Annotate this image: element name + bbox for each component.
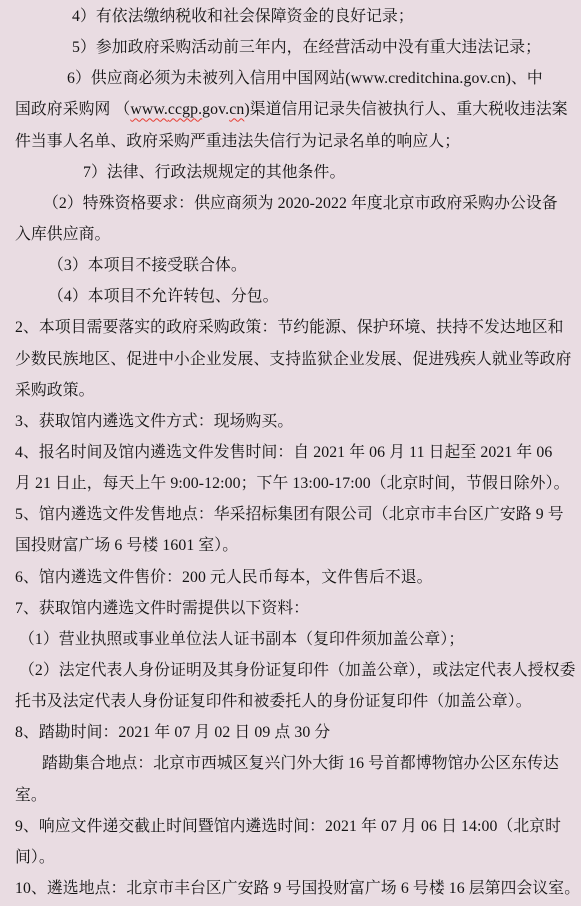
text-run: )渠道信用记录失信被执行人、重大税收违法案 (244, 101, 567, 118)
spellcheck-flagged-text: www. (130, 101, 168, 118)
text-run: 国投财富广场 6 号楼 1601 室）。 (15, 537, 238, 554)
doc-line: 10、遴选地点：北京市丰台区广安路 9 号国投财富广场 6 号楼 16 层第四会… (15, 873, 571, 904)
text-run: 月 21 日止，每天上午 9:00-12:00；下午 13:00-17:00（北… (15, 475, 569, 492)
doc-line: （2）特殊资格要求：供应商须为 2020-2022 年度北京市政府采购办公设备 (15, 188, 571, 219)
doc-line: 国投财富广场 6 号楼 1601 室）。 (15, 530, 571, 561)
doc-line: 7、获取馆内遴选文件时需提供以下资料： (15, 593, 571, 624)
doc-line: 月 21 日止，每天上午 9:00-12:00；下午 13:00-17:00（北… (15, 468, 571, 499)
spellcheck-flagged-text: cn (229, 101, 244, 118)
text-run: （1）营业执照或事业单位法人证书副本（复印件须加盖公章）； (19, 631, 464, 648)
text-run: （4）本项目不允许转包、分包。 (48, 288, 279, 305)
doc-line: 3、获取馆内遴选文件方式：现场购买。 (15, 406, 571, 437)
doc-line: 6、馆内遴选文件售价：200 元人民币每本，文件售后不退。 (15, 562, 571, 593)
text-run: gov. (202, 101, 229, 118)
text-run: 2、本项目需要落实的政府采购政策：节约能源、保护环境、扶持不发达地区和 (15, 319, 564, 336)
text-run: （2）法定代表人身份证明及其身份证复印件（加盖公章），或法定代表人授权委 (19, 662, 576, 679)
text-run: 9、响应文件递交截止时间暨馆内遴选时间：2021 年 07 月 06 日 14:… (15, 818, 561, 835)
doc-line: 8、踏勘时间：2021 年 07 月 02 日 09 点 30 分 (15, 717, 571, 748)
doc-line: （1）营业执照或事业单位法人证书副本（复印件须加盖公章）； (15, 624, 571, 655)
doc-line: （4）本项目不允许转包、分包。 (15, 281, 571, 312)
doc-line: 2、本项目需要落实的政府采购政策：节约能源、保护环境、扶持不发达地区和 (15, 312, 571, 343)
text-run: （3）本项目不接受联合体。 (48, 257, 247, 274)
document-body: 4）有依法缴纳税收和社会保障资金的良好记录；5）参加政府采购活动前三年内，在经营… (15, 1, 571, 904)
text-run: 4、报名时间及馆内遴选文件发售时间：自 2021 年 06 月 11 日起至 2… (15, 444, 552, 461)
text-run: 7）法律、行政法规规定的其他条件。 (83, 164, 345, 181)
doc-line: 入库供应商。 (15, 219, 571, 250)
document-page: 4）有依法缴纳税收和社会保障资金的良好记录；5）参加政府采购活动前三年内，在经营… (0, 0, 581, 906)
text-run: 7、获取馆内遴选文件时需提供以下资料： (15, 600, 309, 617)
doc-line: 5）参加政府采购活动前三年内，在经营活动中没有重大违法记录； (15, 32, 571, 63)
text-run: （2）特殊资格要求：供应商须为 2020-2022 年度北京市政府采购办公设备 (43, 195, 558, 212)
text-run: 采购政策。 (15, 382, 95, 399)
doc-line: 室。 (15, 780, 571, 811)
doc-line: 7）法律、行政法规规定的其他条件。 (15, 157, 571, 188)
doc-line: 国政府采购网 （www.ccgp.gov.cn)渠道信用记录失信被执行人、重大税… (15, 94, 571, 125)
text-run: 少数民族地区、促进中小企业发展、支持监狱企业发展、促进残疾人就业等政府 (15, 351, 571, 368)
text-run: 国政府采购网 （ (15, 101, 130, 118)
text-run: 3、获取馆内遴选文件方式：现场购买。 (15, 413, 293, 430)
text-run: 入库供应商。 (15, 226, 110, 243)
text-run: 8、踏勘时间：2021 年 07 月 02 日 09 点 30 分 (15, 724, 330, 741)
text-run: 6）供应商必须为未被列入信用中国网站(www.creditchina.gov.c… (67, 70, 543, 87)
doc-line: 少数民族地区、促进中小企业发展、支持监狱企业发展、促进残疾人就业等政府 (15, 344, 571, 375)
doc-line: （2）法定代表人身份证明及其身份证复印件（加盖公章），或法定代表人授权委 (15, 655, 571, 686)
doc-line: 5、馆内遴选文件发售地点：华采招标集团有限公司（北京市丰台区广安路 9 号 (15, 499, 571, 530)
doc-line: 件当事人名单、政府采购严重违法失信行为记录名单的响应人； (15, 126, 571, 157)
text-run: 托书及法定代表人身份证复印件和被委托人的身份证复印件（加盖公章）。 (15, 693, 532, 710)
text-run: 5、馆内遴选文件发售地点：华采招标集团有限公司（北京市丰台区广安路 9 号 (15, 506, 564, 523)
doc-line: 9、响应文件递交截止时间暨馆内遴选时间：2021 年 07 月 06 日 14:… (15, 811, 571, 842)
doc-line: 6）供应商必须为未被列入信用中国网站(www.creditchina.gov.c… (15, 63, 571, 94)
text-run: 4）有依法缴纳税收和社会保障资金的良好记录； (72, 8, 414, 25)
text-run: 6、馆内遴选文件售价：200 元人民币每本，文件售后不退。 (15, 569, 433, 586)
doc-line: （3）本项目不接受联合体。 (15, 250, 571, 281)
doc-line: 4、报名时间及馆内遴选文件发售时间：自 2021 年 06 月 11 日起至 2… (15, 437, 571, 468)
text-run: 10、遴选地点：北京市丰台区广安路 9 号国投财富广场 6 号楼 16 层第四会… (15, 880, 580, 897)
doc-line: 采购政策。 (15, 375, 571, 406)
text-run: 踏勘集合地点：北京市西城区复兴门外大街 16 号首都博物馆办公区东传达 (42, 755, 559, 772)
doc-line: 间）。 (15, 842, 571, 873)
doc-line: 踏勘集合地点：北京市西城区复兴门外大街 16 号首都博物馆办公区东传达 (15, 748, 571, 779)
doc-line: 4）有依法缴纳税收和社会保障资金的良好记录； (15, 1, 571, 32)
text-run: 件当事人名单、政府采购严重违法失信行为记录名单的响应人； (15, 133, 460, 150)
text-run: 间）。 (15, 849, 55, 866)
text-run: 5）参加政府采购活动前三年内，在经营活动中没有重大违法记录； (72, 39, 541, 56)
spellcheck-flagged-text: ccgp. (168, 101, 202, 118)
text-run: 室。 (15, 787, 47, 804)
doc-line: 托书及法定代表人身份证复印件和被委托人的身份证复印件（加盖公章）。 (15, 686, 571, 717)
